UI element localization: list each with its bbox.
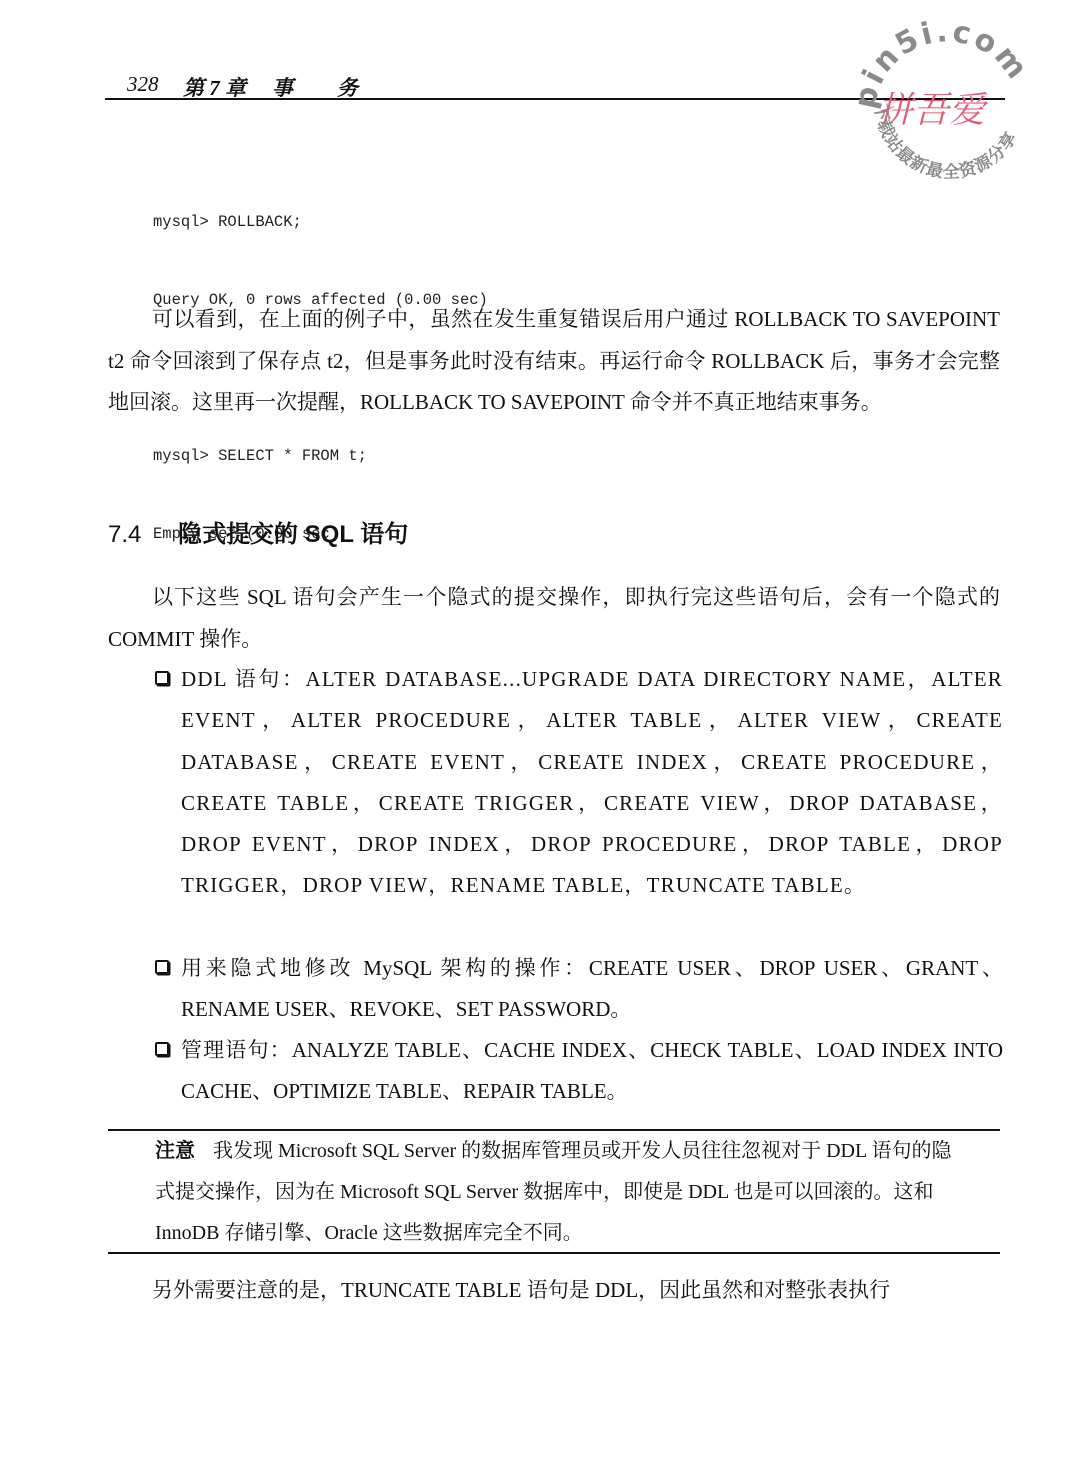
checkbox-bullet-icon xyxy=(155,1042,169,1056)
code-line: mysql> SELECT * FROM t; xyxy=(153,443,488,469)
checkbox-bullet-icon xyxy=(155,671,169,685)
section-title: 隐式提交的 SQL 语句 xyxy=(178,521,408,548)
code-line: mysql> ROLLBACK; xyxy=(153,209,488,235)
body-paragraph-1: 可以看到，在上面的例子中，虽然在发生重复错误后用户通过 ROLLBACK TO … xyxy=(108,299,1000,424)
running-header: 328 第 7 章 事 务 xyxy=(105,70,1005,98)
header-rule xyxy=(105,98,1005,100)
svg-text:下载站最新最全资源分享: 下载站最新最全资源分享 xyxy=(870,103,1022,183)
note-text: 我发现 Microsoft SQL Server 的数据库管理员或开发人员往往忽… xyxy=(155,1140,951,1244)
bullet-item-ddl: DDL 语句：ALTER DATABASE...UPGRADE DATA DIR… xyxy=(155,659,1003,907)
bullet-item-admin: 管理语句：ANALYZE TABLE、CACHE INDEX、CHECK TAB… xyxy=(155,1030,1003,1113)
watermark-bottom-text: 下载站最新最全资源分享 xyxy=(870,103,1022,183)
note-label: 注意 xyxy=(155,1140,195,1162)
bullet-text: DDL 语句：ALTER DATABASE...UPGRADE DATA DIR… xyxy=(181,659,1003,907)
checkbox-bullet-icon xyxy=(155,960,169,974)
section-number: 7.4 xyxy=(108,521,178,549)
page-number: 328 xyxy=(127,72,159,97)
section-heading: 7.4隐式提交的 SQL 语句 xyxy=(108,514,408,549)
note-box: 注意我发现 Microsoft SQL Server 的数据库管理员或开发人员往… xyxy=(155,1131,955,1254)
bullet-text: 管理语句：ANALYZE TABLE、CACHE INDEX、CHECK TAB… xyxy=(181,1030,1003,1113)
watermark-stamp-icon: pin5i.com 拼吾爱 下载站最新最全资源分享 xyxy=(845,0,1045,200)
note-bottom-rule xyxy=(108,1252,1000,1254)
body-paragraph-2: 以下这些 SQL 语句会产生一个隐式的提交操作，即执行完这些语句后，会有一个隐式… xyxy=(108,577,1000,660)
bullet-item-mysql-schema: 用来隐式地修改 MySQL 架构的操作：CREATE USER、DROP USE… xyxy=(155,948,1003,1031)
bullet-text: 用来隐式地修改 MySQL 架构的操作：CREATE USER、DROP USE… xyxy=(181,948,1003,1031)
body-paragraph-3: 另外需要注意的是，TRUNCATE TABLE 语句是 DDL，因此虽然和对整张… xyxy=(108,1270,1000,1312)
